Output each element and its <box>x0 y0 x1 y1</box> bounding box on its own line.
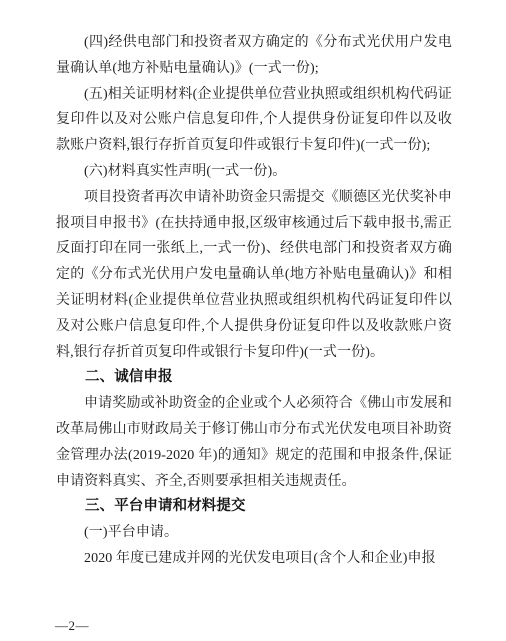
paragraph-reapplication-requirements: 项目投资者再次申请补助资金只需提交《顺德区光伏奖补申报项目申报书》(在扶持通申报… <box>56 185 452 366</box>
document-page: (四)经供电部门和投资者双方确定的《分布式光伏用户发电量确认单(地方补贴电量确认… <box>0 0 506 641</box>
paragraph-2020-grid-connected-projects: 2020 年度已建成并网的光伏发电项目(含个人和企业)申报 <box>56 546 452 572</box>
section-heading-integrity-declaration: 二、诚信申报 <box>56 365 452 391</box>
page-number: —2— <box>55 618 89 633</box>
paragraph-item-5-supporting-materials: (五)相关证明材料(企业提供单位营业执照或组织机构代码证复印件以及对公账户信息复… <box>56 82 452 159</box>
paragraph-subitem-1-platform-application: (一)平台申请。 <box>56 520 452 546</box>
page-footer: —2— <box>55 618 89 634</box>
paragraph-item-6-authenticity-statement: (六)材料真实性声明(一式一份)。 <box>56 159 452 185</box>
paragraph-integrity-declaration: 申请奖励或补助资金的企业或个人必须符合《佛山市发展和改革局佛山市财政局关于修订佛… <box>56 391 452 494</box>
section-heading-platform-application: 三、平台申请和材料提交 <box>56 494 452 520</box>
document-body: (四)经供电部门和投资者双方确定的《分布式光伏用户发电量确认单(地方补贴电量确认… <box>56 30 452 572</box>
paragraph-item-4-confirmation-sheet: (四)经供电部门和投资者双方确定的《分布式光伏用户发电量确认单(地方补贴电量确认… <box>56 30 452 82</box>
